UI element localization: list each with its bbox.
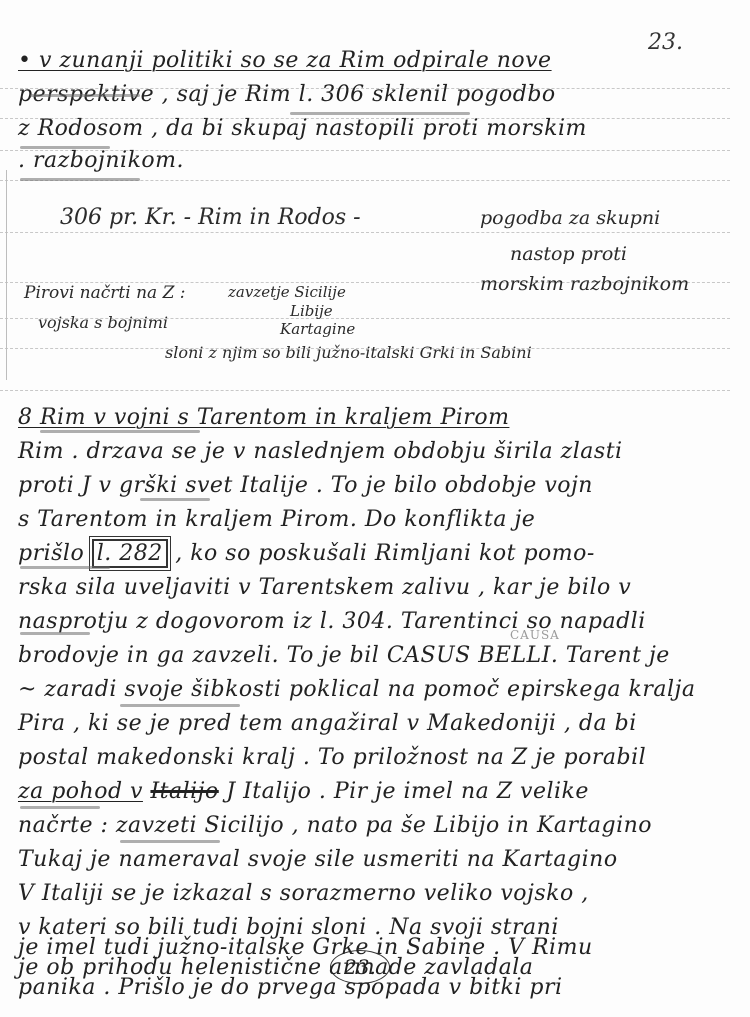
highlight-mark — [140, 498, 210, 501]
highlight-mark — [20, 632, 90, 635]
highlight-mark — [290, 112, 470, 115]
pir-goal: Libije — [290, 302, 333, 320]
scanned-page: 23. • v zunanji politiki so se za Rim od… — [0, 0, 750, 1017]
summary-note-right: nastop proti — [510, 243, 627, 265]
highlight-mark — [120, 840, 220, 843]
pir-goal: Kartagine — [280, 320, 355, 338]
text-line: V Italiji se je izkazal s sorazmerno vel… — [18, 881, 589, 906]
text-line: panika . Prišlo je do prvega spopada v b… — [18, 975, 563, 1000]
highlight-mark — [20, 178, 140, 181]
highlight-mark — [20, 806, 100, 809]
highlight-mark — [20, 566, 110, 569]
text-segment: J Italijo . Pir je imel na Z velike — [226, 779, 589, 804]
text-line-content: • v zunanji politiki so se za Rim odpira… — [18, 48, 552, 73]
page-number-top: 23. — [648, 30, 683, 55]
text-line: . razbojnikom. — [18, 148, 184, 173]
text-segment: za pohod v — [18, 779, 143, 804]
text-line: ~ zaradi svoje šibkosti poklical na pomo… — [18, 677, 695, 702]
text-line: Rim . drzava se je v naslednjem obdobju … — [18, 439, 623, 464]
struck-word: Italijo — [150, 779, 218, 804]
text-line: postal makedonski kralj . To priložnost … — [18, 745, 646, 770]
summary-note: 306 pr. Kr. - Rim in Rodos - — [60, 205, 361, 230]
text-line: Pira , ki se je pred tem angažiral v Mak… — [18, 711, 637, 736]
highlight-mark — [20, 146, 110, 149]
text-line: za pohod v Italijo J Italijo . Pir je im… — [18, 779, 589, 804]
summary-note-right: morskim razbojnikom — [480, 273, 689, 295]
ruled-line — [0, 232, 730, 233]
summary-note-right: pogodba za skupni — [480, 207, 660, 229]
margin-note: CAUSA — [510, 628, 560, 642]
text-line: proti J v grški svet Italije . To je bil… — [18, 473, 593, 498]
army-detail: sloni z njim so bili južno-italski Grki … — [165, 343, 532, 362]
margin-line — [6, 170, 7, 380]
pir-goal: zavzetje Sicilije — [228, 283, 346, 301]
text-line: z Rodosom , da bi skupaj nastopili proti… — [18, 116, 587, 141]
pir-plans-label: Pirovi načrti na Z : — [24, 283, 186, 303]
army-label: vojska s bojnimi — [38, 313, 168, 332]
text-line: brodovje in ga zavzeli. To je bil CASUS … — [18, 643, 670, 668]
boxed-year: l. 282 — [92, 539, 168, 568]
text-line: prišlo l. 282 , ko so poskušali Rimljani… — [18, 541, 595, 566]
text-line: načrte : zavzeti Sicilijo , nato pa še L… — [18, 813, 652, 838]
section-heading: 8 Rim v vojni s Tarentom in kraljem Piro… — [18, 405, 509, 430]
text-line: s Tarentom in kraljem Pirom. Do konflikt… — [18, 507, 535, 532]
highlight-mark — [120, 704, 240, 707]
text-line: • v zunanji politiki so se za Rim odpira… — [18, 48, 552, 73]
text-line: rska sila uveljaviti v Tarentskem zalivu… — [18, 575, 631, 600]
text-segment: , ko so poskušali Rimljani kot pomo- — [175, 541, 595, 566]
text-segment: prišlo — [18, 541, 84, 566]
highlight-mark — [40, 430, 200, 433]
ruled-line — [0, 390, 730, 391]
highlight-mark — [30, 94, 140, 97]
text-line: Tukaj je nameraval svoje sile usmeriti n… — [18, 847, 618, 872]
